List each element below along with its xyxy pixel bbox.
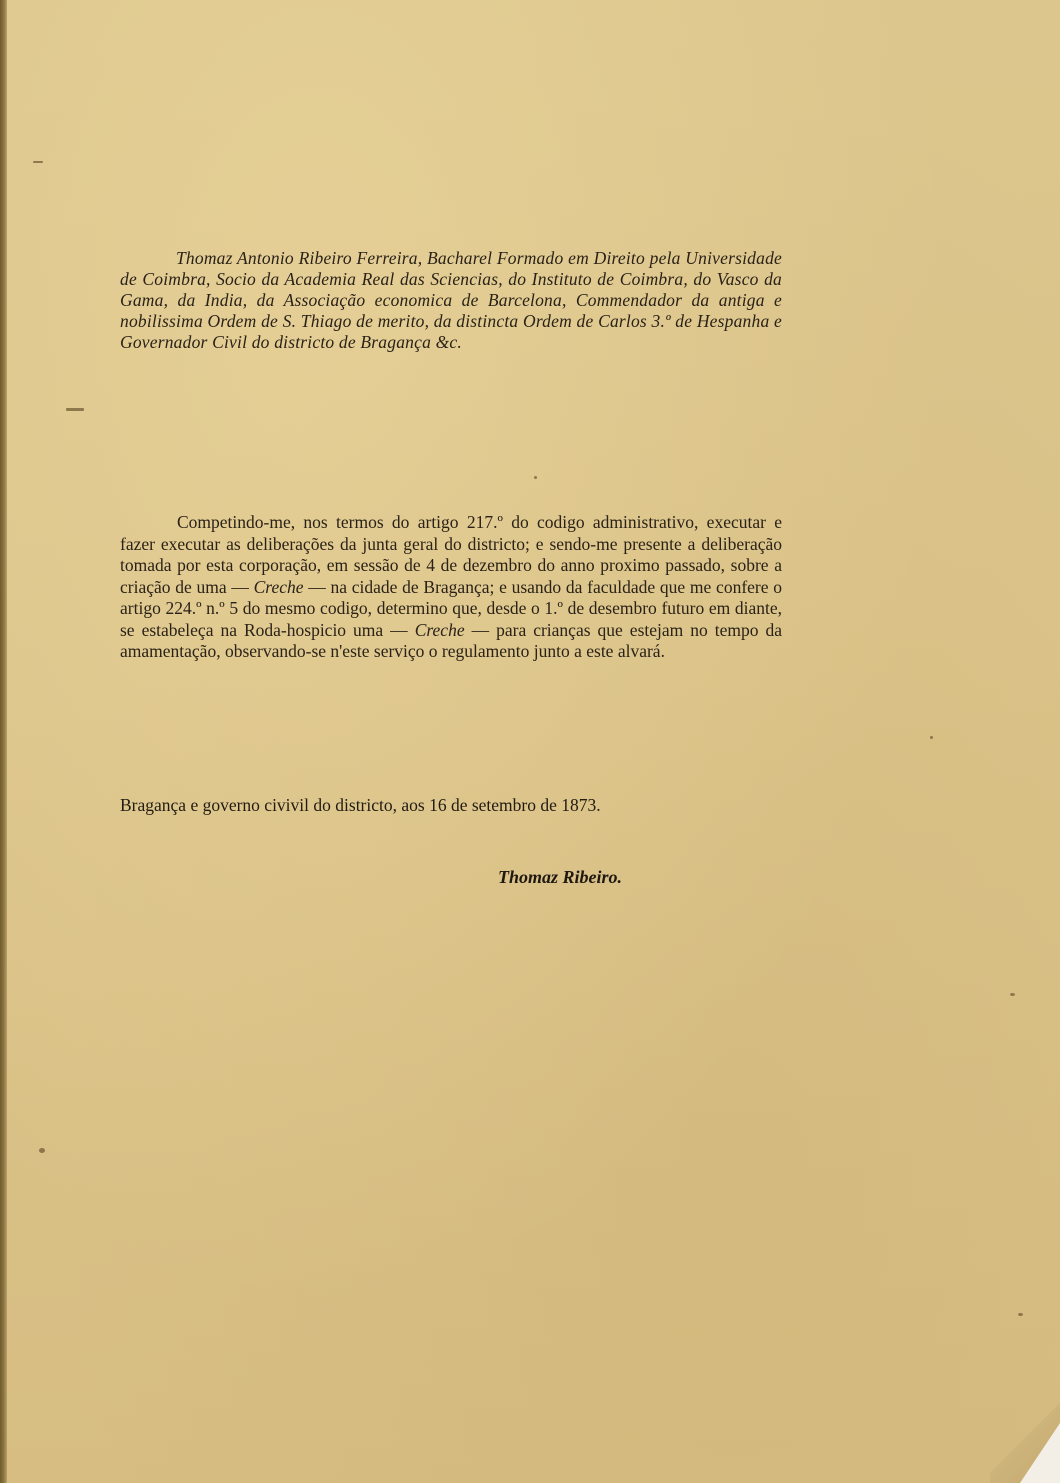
paper-speck <box>1018 1313 1023 1316</box>
paper-speck <box>66 408 84 411</box>
page-corner-gap <box>1020 1423 1060 1483</box>
date-line: Bragança e governo civivil do districto,… <box>120 794 820 816</box>
paper-speck <box>1010 993 1015 996</box>
paper-speck <box>534 476 537 479</box>
creche-emphasis: Creche <box>254 577 304 597</box>
page-binding-edge <box>0 0 7 1483</box>
paper-speck <box>33 161 43 163</box>
document-body: Competindo-me, nos termos do artigo 217.… <box>120 512 782 663</box>
paper-speck <box>39 1148 45 1153</box>
signature: Thomaz Ribeiro. <box>498 867 622 888</box>
document-heading: Thomaz Antonio Ribeiro Ferreira, Bachare… <box>120 248 782 353</box>
document-page: Thomaz Antonio Ribeiro Ferreira, Bachare… <box>0 0 1060 1483</box>
creche-emphasis: Creche <box>415 620 465 640</box>
paper-speck <box>930 736 933 739</box>
